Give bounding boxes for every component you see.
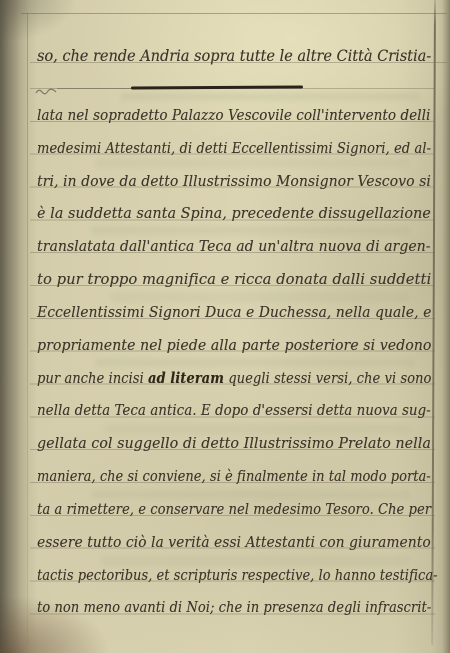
manuscript-line: gellata col suggello di detto Illustriss… (37, 427, 412, 460)
divider-faint-line (57, 88, 133, 89)
manuscript-line: essere tutto ciò la verità essi Attestan… (37, 526, 402, 559)
manuscript-line: medesimi Attestanti, di detti Eccellenti… (37, 132, 382, 165)
manuscript-line: to non meno avanti di Noi; che in presen… (37, 591, 382, 624)
manuscript-line: propriamente nel piede alla parte poster… (37, 329, 410, 362)
latin-emphasis-text: ad literam (148, 369, 224, 387)
binding-gutter-shadow (0, 0, 30, 653)
manuscript-line: tri, in dove da detto Illustrissimo Mons… (37, 165, 406, 198)
manuscript-line: translatata dall'antica Teca ad un'altra… (37, 230, 407, 263)
manuscript-body: lata nel sopradetto Palazzo Vescovile co… (37, 99, 435, 624)
section-divider (35, 81, 395, 95)
manuscript-line: maniera, che si conviene, si è finalment… (37, 460, 379, 493)
divider-ink-line (131, 85, 303, 89)
line-text-post: quegli stessi versi, che vi sono (224, 369, 431, 387)
manuscript-line: nella detta Teca antica. E dopo d'essers… (37, 394, 390, 427)
line-text-pre: pur anche incisi (37, 369, 148, 387)
manuscript-line: tactis pectoribus, et scripturis respect… (37, 559, 379, 592)
manuscript-line: to pur troppo magnifica e ricca donata d… (37, 263, 425, 296)
paper-right-edge-shadow (442, 0, 450, 653)
top-ruled-margin-line (21, 13, 447, 14)
catchline-text: so, che rende Andria sopra tutte le altr… (37, 47, 408, 65)
manuscript-line-with-latin-emphasis: pur anche incisi ad literam quegli stess… (37, 362, 382, 395)
manuscript-line: ta a rimettere, e conservare nel medesim… (37, 493, 382, 526)
left-ruled-margin-line (27, 13, 28, 645)
manuscript-line: lata nel sopradetto Palazzo Vescovile co… (37, 99, 394, 132)
manuscript-line: è la suddetta santa Spina, precedente di… (37, 197, 415, 230)
manuscript-scan-page: so, che rende Andria sopra tutte le altr… (0, 0, 450, 653)
manuscript-line: Eccellentissimi Signori Duca e Duchessa,… (37, 296, 404, 329)
